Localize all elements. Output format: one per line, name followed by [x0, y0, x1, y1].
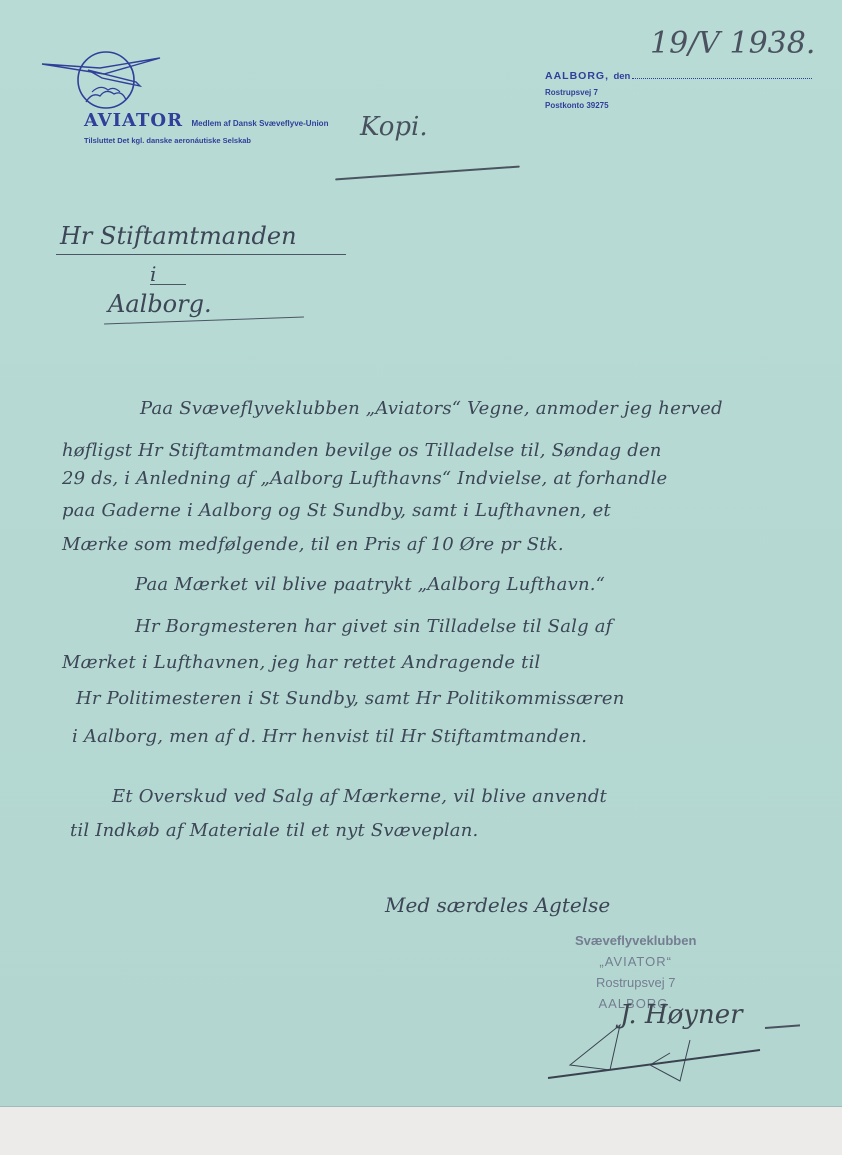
- letter-page: AVIATOR Medlem af Dansk Svæveflyve-Union…: [0, 0, 842, 1107]
- body-line-6: Paa Mærket vil blive paatrykt „Aalborg L…: [135, 574, 605, 595]
- closing-salutation: Med særdeles Agtelse: [385, 893, 610, 917]
- den-label: den: [613, 71, 630, 82]
- body-line-2: høfligst Hr Stiftamtmanden bevilge os Ti…: [62, 440, 662, 461]
- affiliation-text: Tilsluttet Det kgl. danske aeronáutiske …: [84, 136, 251, 145]
- addressee-line-3: Aalborg.: [108, 290, 212, 318]
- stamp-line-3: Rostrupsvej 7: [575, 972, 696, 993]
- body-line-1: Paa Svæveflyveklubben „Aviators“ Vegne, …: [140, 398, 723, 419]
- sender-address: AALBORG, den Rostrupsvej 7 Postkonto 392…: [545, 66, 812, 110]
- body-line-5: Mærke som medfølgende, til en Pris af 10…: [62, 534, 564, 555]
- membership-text: Medlem af Dansk Svæveflyve-Union: [192, 119, 329, 128]
- stamp-line-2: „AVIATOR“: [575, 951, 696, 972]
- street-address: Rostrupsvej 7: [545, 88, 812, 97]
- body-line-11: Et Overskud ved Salg af Mærkerne, vil bl…: [112, 786, 607, 807]
- addressee-line-1: Hr Stiftamtmanden: [60, 222, 297, 250]
- addressee-underline-1: [56, 254, 346, 255]
- stamp-line-1: Svæveflyveklubben: [575, 930, 696, 951]
- copy-mark-underline: [335, 166, 520, 181]
- scanner-bed: [0, 1107, 842, 1155]
- body-line-3: 29 ds, i Anledning af „Aalborg Lufthavns…: [62, 468, 667, 489]
- addressee-underline-2: [150, 284, 186, 285]
- handwritten-date: 19/V 1938.: [650, 26, 815, 61]
- brand-name: AVIATOR: [84, 110, 183, 131]
- signature-flourish-icon: [530, 995, 800, 1085]
- city-label: AALBORG,: [545, 70, 609, 82]
- postal-account: Postkonto 39275: [545, 101, 812, 110]
- date-dotted-line: [632, 78, 812, 79]
- body-line-4: paa Gaderne i Aalborg og St Sundby, samt…: [62, 500, 611, 521]
- body-line-9: Hr Politimesteren i St Sundby, samt Hr P…: [76, 688, 625, 709]
- body-line-12: til Indkøb af Materiale til et nyt Svæve…: [70, 820, 478, 841]
- body-line-8: Mærket i Lufthavnen, jeg har rettet Andr…: [62, 652, 540, 673]
- body-line-7: Hr Borgmesteren har givet sin Tilladelse…: [135, 616, 613, 637]
- copy-mark: Kopi.: [360, 112, 428, 142]
- body-line-10: i Aalborg, men af d. Hrr henvist til Hr …: [72, 726, 587, 747]
- addressee-line-2: i: [150, 262, 156, 286]
- glider-logo-icon: [40, 44, 170, 114]
- letterhead-brand: AVIATOR Medlem af Dansk Svæveflyve-Union: [84, 110, 328, 131]
